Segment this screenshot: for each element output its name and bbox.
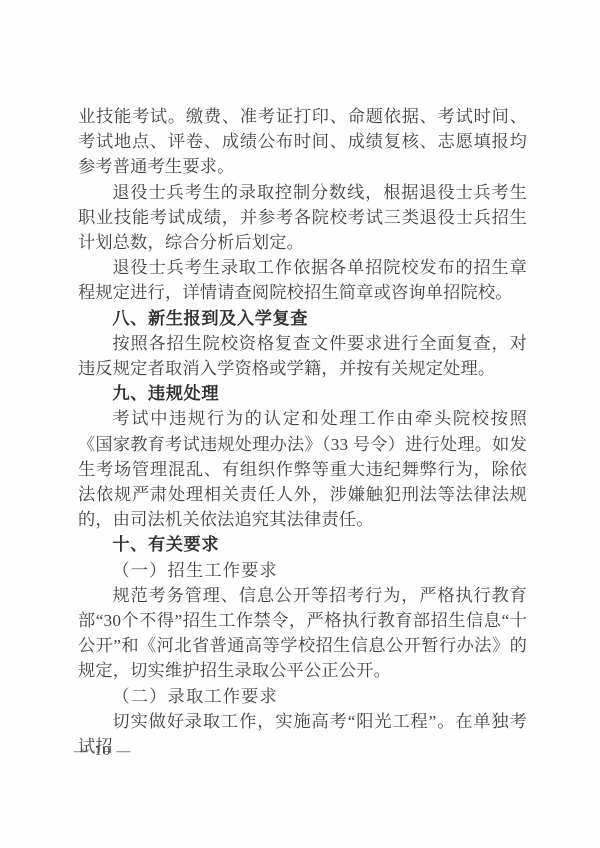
- document-page: 业技能考试。缴费、准考证打印、命题依据、考试时间、考试地点、评卷、成绩公布时间、…: [0, 0, 600, 848]
- paragraph-recruitment-work-rules: 规范考务管理、信息公开等招考行为，严格执行教育部“30个不得”招生工作禁令，严格…: [78, 583, 527, 684]
- sub-heading-2-admission-work: （二）录取工作要求: [78, 684, 527, 709]
- section-heading-8-enrollment-recheck: 八、新生报到及入学复查: [78, 306, 527, 331]
- page-number: — 10 —: [74, 742, 132, 762]
- section-heading-9-violation-handling: 九、违规处理: [78, 381, 527, 406]
- section-heading-10-related-requirements: 十、有关要求: [78, 532, 527, 557]
- paragraph-violation-handling: 考试中违规行为的认定和处理工作由牵头院校按照《国家教育考试违规处理办法》（33 …: [78, 406, 527, 532]
- paragraph-admission-score-line: 退役士兵考生的录取控制分数线，根据退役士兵考生职业技能考试成绩，并参考各院校考试…: [78, 180, 527, 256]
- paragraph-continuation: 业技能考试。缴费、准考证打印、命题依据、考试时间、考试地点、评卷、成绩公布时间、…: [78, 104, 527, 180]
- paragraph-admission-work-rules: 切实做好录取工作，实施高考“阳光工程”。在单独考试招: [78, 709, 527, 759]
- paragraph-admission-charter: 退役士兵考生录取工作依据各单招院校发布的招生章程规定进行，详情请查阅院校招生简章…: [78, 255, 527, 305]
- paragraph-recheck-requirements: 按照各招生院校资格复查文件要求进行全面复查，对违反规定者取消入学资格或学籍，并按…: [78, 331, 527, 381]
- document-text-block: 业技能考试。缴费、准考证打印、命题依据、考试时间、考试地点、评卷、成绩公布时间、…: [78, 104, 527, 759]
- sub-heading-1-recruitment-work: （一）招生工作要求: [78, 558, 527, 583]
